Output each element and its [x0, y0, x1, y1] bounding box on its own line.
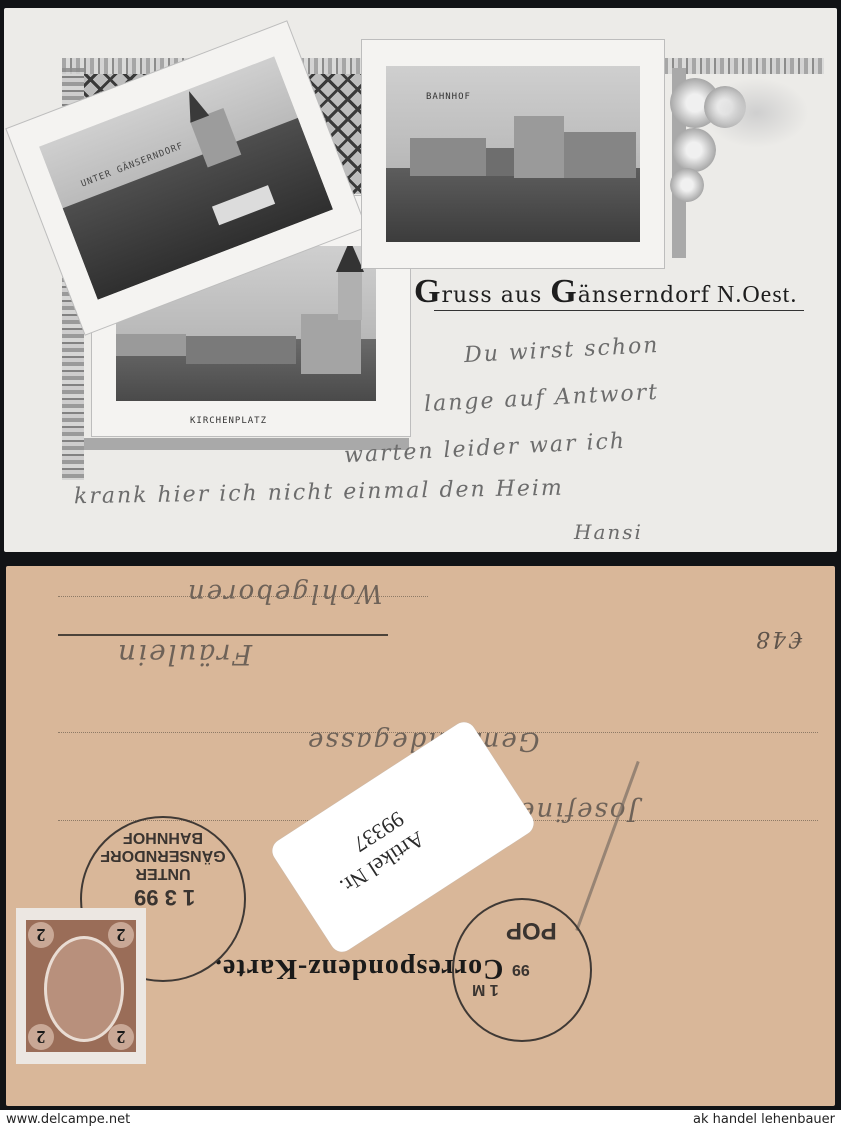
pen-stroke: [575, 761, 639, 931]
postmark-date: 1 3 99: [134, 884, 195, 910]
greeting-underline: [434, 310, 804, 311]
photo-bahnhof: BAHNHOF: [386, 66, 640, 242]
initial-letter: G: [414, 273, 441, 310]
handwritten-address: Fräulein: [116, 638, 252, 671]
flower-icon: [670, 168, 704, 202]
region-abbrev: N.Oest.: [710, 282, 797, 308]
handwriting-line: krank hier ich nicht einmal den Heim: [74, 476, 564, 510]
stamp-value: 2: [28, 922, 54, 948]
church-spire-icon: [336, 246, 364, 272]
church-nave: [301, 314, 361, 374]
handwriting-line: lange auf Antwort: [424, 380, 660, 417]
photo-caption: BAHNHOF: [426, 92, 471, 102]
signature: Hansi: [574, 520, 643, 544]
handwriting-line: Du wirst schon: [463, 333, 660, 368]
address-rule: [58, 634, 388, 636]
postmark-arrival: POP 99 1 M: [452, 898, 592, 1042]
stamp-value: 2: [28, 1024, 54, 1050]
postage-stamp: 2 2 2 2: [16, 908, 146, 1064]
greeting-text: russ aus: [441, 283, 550, 308]
floral-wash: [704, 78, 809, 148]
postmark-place: POP: [506, 916, 557, 944]
postmark-extra: 1 M: [472, 980, 499, 998]
pencil-price-note: €48: [754, 626, 802, 651]
initial-letter: G: [550, 273, 577, 310]
photo-card-bahnhof: BAHNHOF: [362, 40, 664, 268]
photo-caption: KIRCHENPLATZ: [190, 416, 267, 426]
postcard-back: Wohlgeboren Fräulein Gemeindegasse Josef…: [6, 566, 835, 1106]
footer-site: www.delcampe.net: [6, 1112, 130, 1127]
stamp-value: 2: [108, 922, 134, 948]
postmark-date: 99: [512, 960, 530, 978]
footer-seller: ak handel lehenbauer: [693, 1112, 835, 1127]
stamp-value: 2: [108, 1024, 134, 1050]
church-tower: [338, 270, 362, 320]
postcard-front: KIRCHENPLATZ UNTER GÄNSERNDORF BAHNHOF G…: [4, 8, 837, 552]
town-name: änserndorf: [578, 283, 710, 308]
handwritten-address: Wohlgeboren: [186, 578, 383, 608]
greeting-title: Gruss aus Gänserndorf N.Oest.: [414, 273, 797, 311]
postmark-place: UNTER GÄNSERNDORF BAHNHOF: [90, 828, 236, 882]
stamp-design: 2 2 2 2: [26, 920, 136, 1052]
